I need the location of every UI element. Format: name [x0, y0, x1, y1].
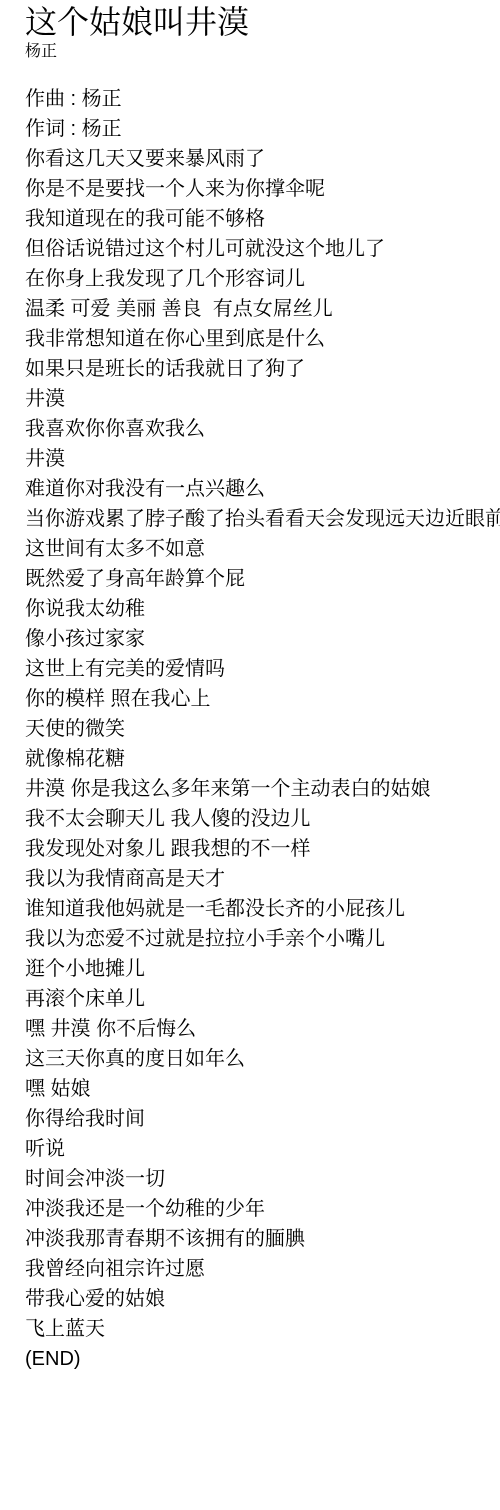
lyric-line: 像小孩过家家	[25, 624, 500, 654]
lyric-line: 这世上有完美的爱情吗	[25, 654, 500, 684]
lyric-line: 冲淡我那青春期不该拥有的腼腆	[25, 1224, 500, 1254]
lyric-line: 这世间有太多不如意	[25, 534, 500, 564]
lyric-line: 这三天你真的度日如年么	[25, 1044, 500, 1074]
lyric-line: 温柔 可爱 美丽 善良 有点女屌丝儿	[25, 294, 500, 324]
lyric-line: 井漠	[25, 384, 500, 414]
lyrics-page: 这个姑娘叫井漠 杨正 作曲 : 杨正作词 : 杨正你看这几天又要来暴风雨了你是不…	[0, 0, 500, 1374]
lyric-line: 时间会冲淡一切	[25, 1164, 500, 1194]
lyric-line: 作词 : 杨正	[25, 114, 500, 144]
lyric-line: 我非常想知道在你心里到底是什么	[25, 324, 500, 354]
lyric-line: 嘿 姑娘	[25, 1074, 500, 1104]
lyric-line: 嘿 井漠 你不后悔么	[25, 1014, 500, 1044]
lyric-line: 你看这几天又要来暴风雨了	[25, 144, 500, 174]
lyric-line: 我喜欢你你喜欢我么	[25, 414, 500, 444]
lyric-line: 如果只是班长的话我就日了狗了	[25, 354, 500, 384]
lyric-line: 听说	[25, 1134, 500, 1164]
artist-name: 杨正	[25, 42, 500, 62]
lyric-line: 你得给我时间	[25, 1104, 500, 1134]
lyric-line: 井漠 你是我这么多年来第一个主动表白的姑娘	[25, 774, 500, 804]
lyric-line: 你的模样 照在我心上	[25, 684, 500, 714]
lyric-line: 我以为恋爱不过就是拉拉小手亲个小嘴儿	[25, 924, 500, 954]
page-title: 这个姑娘叫井漠	[25, 4, 500, 40]
lyric-line: 就像棉花糖	[25, 744, 500, 774]
lyric-line: 逛个小地摊儿	[25, 954, 500, 984]
lyric-line: 冲淡我还是一个幼稚的少年	[25, 1194, 500, 1224]
lyric-line: 飞上蓝天	[25, 1314, 500, 1344]
lyric-line: 再滚个床单儿	[25, 984, 500, 1014]
lyric-line: 我发现处对象儿 跟我想的不一样	[25, 834, 500, 864]
lyrics: 作曲 : 杨正作词 : 杨正你看这几天又要来暴风雨了你是不是要找一个人来为你撑伞…	[25, 84, 500, 1374]
lyric-line: 但俗话说错过这个村儿可就没这个地儿了	[25, 234, 500, 264]
lyric-line: 在你身上我发现了几个形容词儿	[25, 264, 500, 294]
lyric-line: 作曲 : 杨正	[25, 84, 500, 114]
lyric-line: 我知道现在的我可能不够格	[25, 204, 500, 234]
lyric-line: 我不太会聊天儿 我人傻的没边儿	[25, 804, 500, 834]
lyric-line: 当你游戏累了脖子酸了抬头看看天会发现远天边近眼前	[25, 504, 500, 534]
lyric-line: 你是不是要找一个人来为你撑伞呢	[25, 174, 500, 204]
lyric-line: 天使的微笑	[25, 714, 500, 744]
lyric-line: 井漠	[25, 444, 500, 474]
lyric-line: 既然爱了身高年龄算个屁	[25, 564, 500, 594]
lyric-line: 你说我太幼稚	[25, 594, 500, 624]
lyric-line: 难道你对我没有一点兴趣么	[25, 474, 500, 504]
lyric-line: 谁知道我他妈就是一毛都没长齐的小屁孩儿	[25, 894, 500, 924]
lyric-line: 我以为我情商高是天才	[25, 864, 500, 894]
lyric-line: 带我心爱的姑娘	[25, 1284, 500, 1314]
lyric-line: 我曾经向祖宗许过愿	[25, 1254, 500, 1284]
lyric-line: (END)	[25, 1344, 500, 1374]
